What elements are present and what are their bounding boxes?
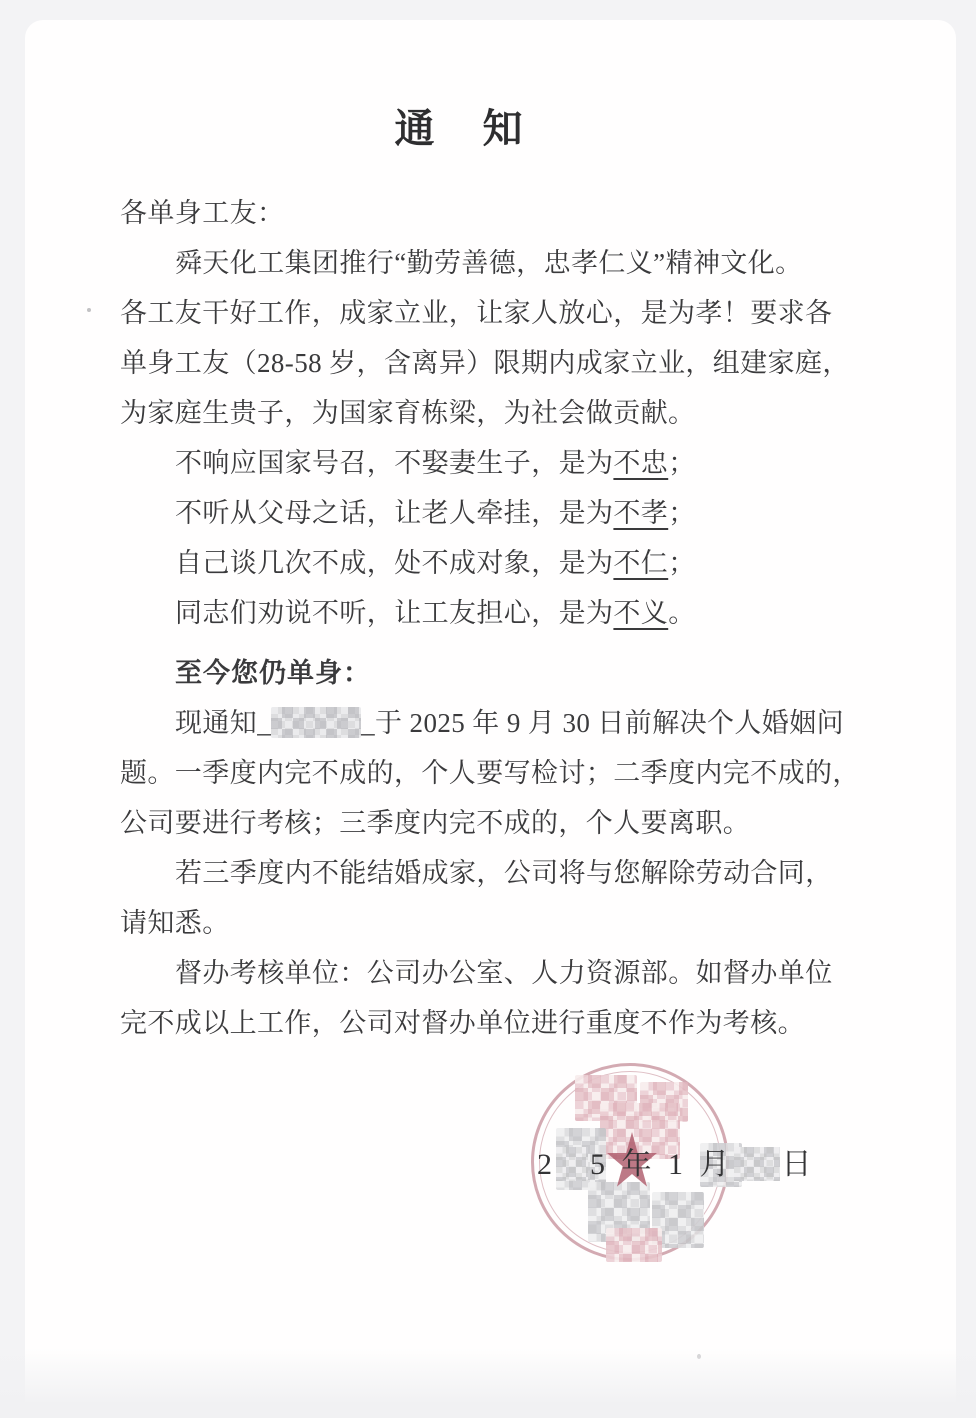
text-segment: 舜天化工集团推行“勤劳善德，忠孝仁义”精神文化。 bbox=[175, 248, 803, 278]
document-line: 请知悉。 bbox=[120, 898, 862, 948]
text-segment: 不孝 bbox=[613, 498, 668, 528]
text-segment: 不听从父母之话，让老人牵挂，是为 bbox=[175, 498, 613, 528]
censored-text-mosaic bbox=[734, 1147, 780, 1181]
document-line: 至今您仍单身： bbox=[120, 648, 862, 698]
text-segment: 不义 bbox=[613, 598, 668, 628]
text-segment: 2 bbox=[537, 1148, 554, 1181]
document-body: 舜天化工集团推行“勤劳善德，忠孝仁义”精神文化。各工友干好工作，成家立业，让家人… bbox=[120, 238, 862, 1048]
document-line: 现通知__于 2025 年 9 月 30 日前解决个人婚姻问 bbox=[120, 698, 862, 748]
text-segment: 不仁 bbox=[613, 548, 668, 578]
text-segment: 5 年 1 月 bbox=[590, 1148, 732, 1181]
censored-text-mosaic bbox=[556, 1147, 588, 1181]
censored-text-mosaic bbox=[271, 707, 361, 738]
document-line: 不听从父母之话，让老人牵挂，是为不孝； bbox=[120, 488, 862, 538]
text-segment: 不忠 bbox=[613, 448, 668, 478]
text-segment: 为家庭生贵子，为国家育栋梁，为社会做贡献。 bbox=[120, 398, 695, 428]
text-segment: 若三季度内不能结婚成家，公司将与您解除劳动合同， bbox=[175, 858, 833, 888]
text-segment: 单身工友（28-58 岁，含离异）限期内成家立业，组建家庭， bbox=[120, 348, 850, 378]
document-line: 督办考核单位：公司办公室、人力资源部。如督办单位 bbox=[120, 948, 862, 998]
seal-censor-mosaic bbox=[606, 1228, 662, 1262]
text-segment: ； bbox=[668, 548, 695, 578]
text-segment: 自己谈几次不成，处不成对象，是为 bbox=[175, 548, 613, 578]
text-segment: 同志们劝说不听，让工友担心，是为 bbox=[175, 598, 613, 628]
document-line: 题。一季度内完不成的，个人要写检讨；二季度内完不成的， bbox=[120, 748, 862, 798]
text-segment: 不响应国家号召，不娶妻生子，是为 bbox=[175, 448, 613, 478]
document-line: 完不成以上工作，公司对督办单位进行重度不作为考核。 bbox=[120, 998, 862, 1048]
text-segment: 请知悉。 bbox=[120, 908, 230, 938]
document-line: 不响应国家号召，不娶妻生子，是为不忠； bbox=[120, 438, 862, 488]
document-line: 自己谈几次不成，处不成对象，是为不仁； bbox=[120, 538, 862, 588]
date-line: 25 年 1 月日 bbox=[537, 1144, 814, 1186]
document-line: 为家庭生贵子，为国家育栋梁，为社会做贡献。 bbox=[120, 388, 862, 438]
notice-document: 通 知 各单身工友： 舜天化工集团推行“勤劳善德，忠孝仁义”精神文化。各工友干好… bbox=[25, 20, 956, 1418]
text-segment: 各工友干好工作，成家立业，让家人放心，是为孝！要求各 bbox=[120, 298, 832, 328]
document-line: 公司要进行考核；三季度内完不成的，个人要离职。 bbox=[120, 798, 862, 848]
text-segment: _于 2025 年 9 月 30 日前解决个人婚姻问 bbox=[361, 708, 844, 738]
text-segment: 题。一季度内完不成的，个人要写检讨；二季度内完不成的， bbox=[120, 758, 860, 788]
text-segment: 日 bbox=[782, 1148, 814, 1181]
text-segment: 。 bbox=[668, 598, 695, 628]
document-title: 通 知 bbox=[0, 106, 926, 152]
document-line: 单身工友（28-58 岁，含离异）限期内成家立业，组建家庭， bbox=[120, 338, 862, 388]
text-segment: _ bbox=[257, 708, 271, 738]
paragraph-gap bbox=[120, 638, 862, 648]
salutation: 各单身工友： bbox=[120, 188, 860, 238]
document-line: 各工友干好工作，成家立业，让家人放心，是为孝！要求各 bbox=[120, 288, 862, 338]
text-segment: ； bbox=[668, 448, 695, 478]
text-segment: ； bbox=[668, 498, 695, 528]
text-segment: 完不成以上工作，公司对督办单位进行重度不作为考核。 bbox=[120, 1008, 805, 1038]
text-segment: 督办考核单位：公司办公室、人力资源部。如督办单位 bbox=[175, 958, 833, 988]
bottom-fade bbox=[0, 1348, 976, 1418]
text-segment: 公司要进行考核；三季度内完不成的，个人要离职。 bbox=[120, 808, 750, 838]
text-segment: 至今您仍单身： bbox=[175, 658, 371, 688]
text-segment: 现通知 bbox=[175, 708, 257, 738]
paper-speck bbox=[87, 308, 91, 312]
document-line: 若三季度内不能结婚成家，公司将与您解除劳动合同， bbox=[120, 848, 862, 898]
document-line: 舜天化工集团推行“勤劳善德，忠孝仁义”精神文化。 bbox=[120, 238, 862, 288]
document-line: 同志们劝说不听，让工友担心，是为不义。 bbox=[120, 588, 862, 638]
